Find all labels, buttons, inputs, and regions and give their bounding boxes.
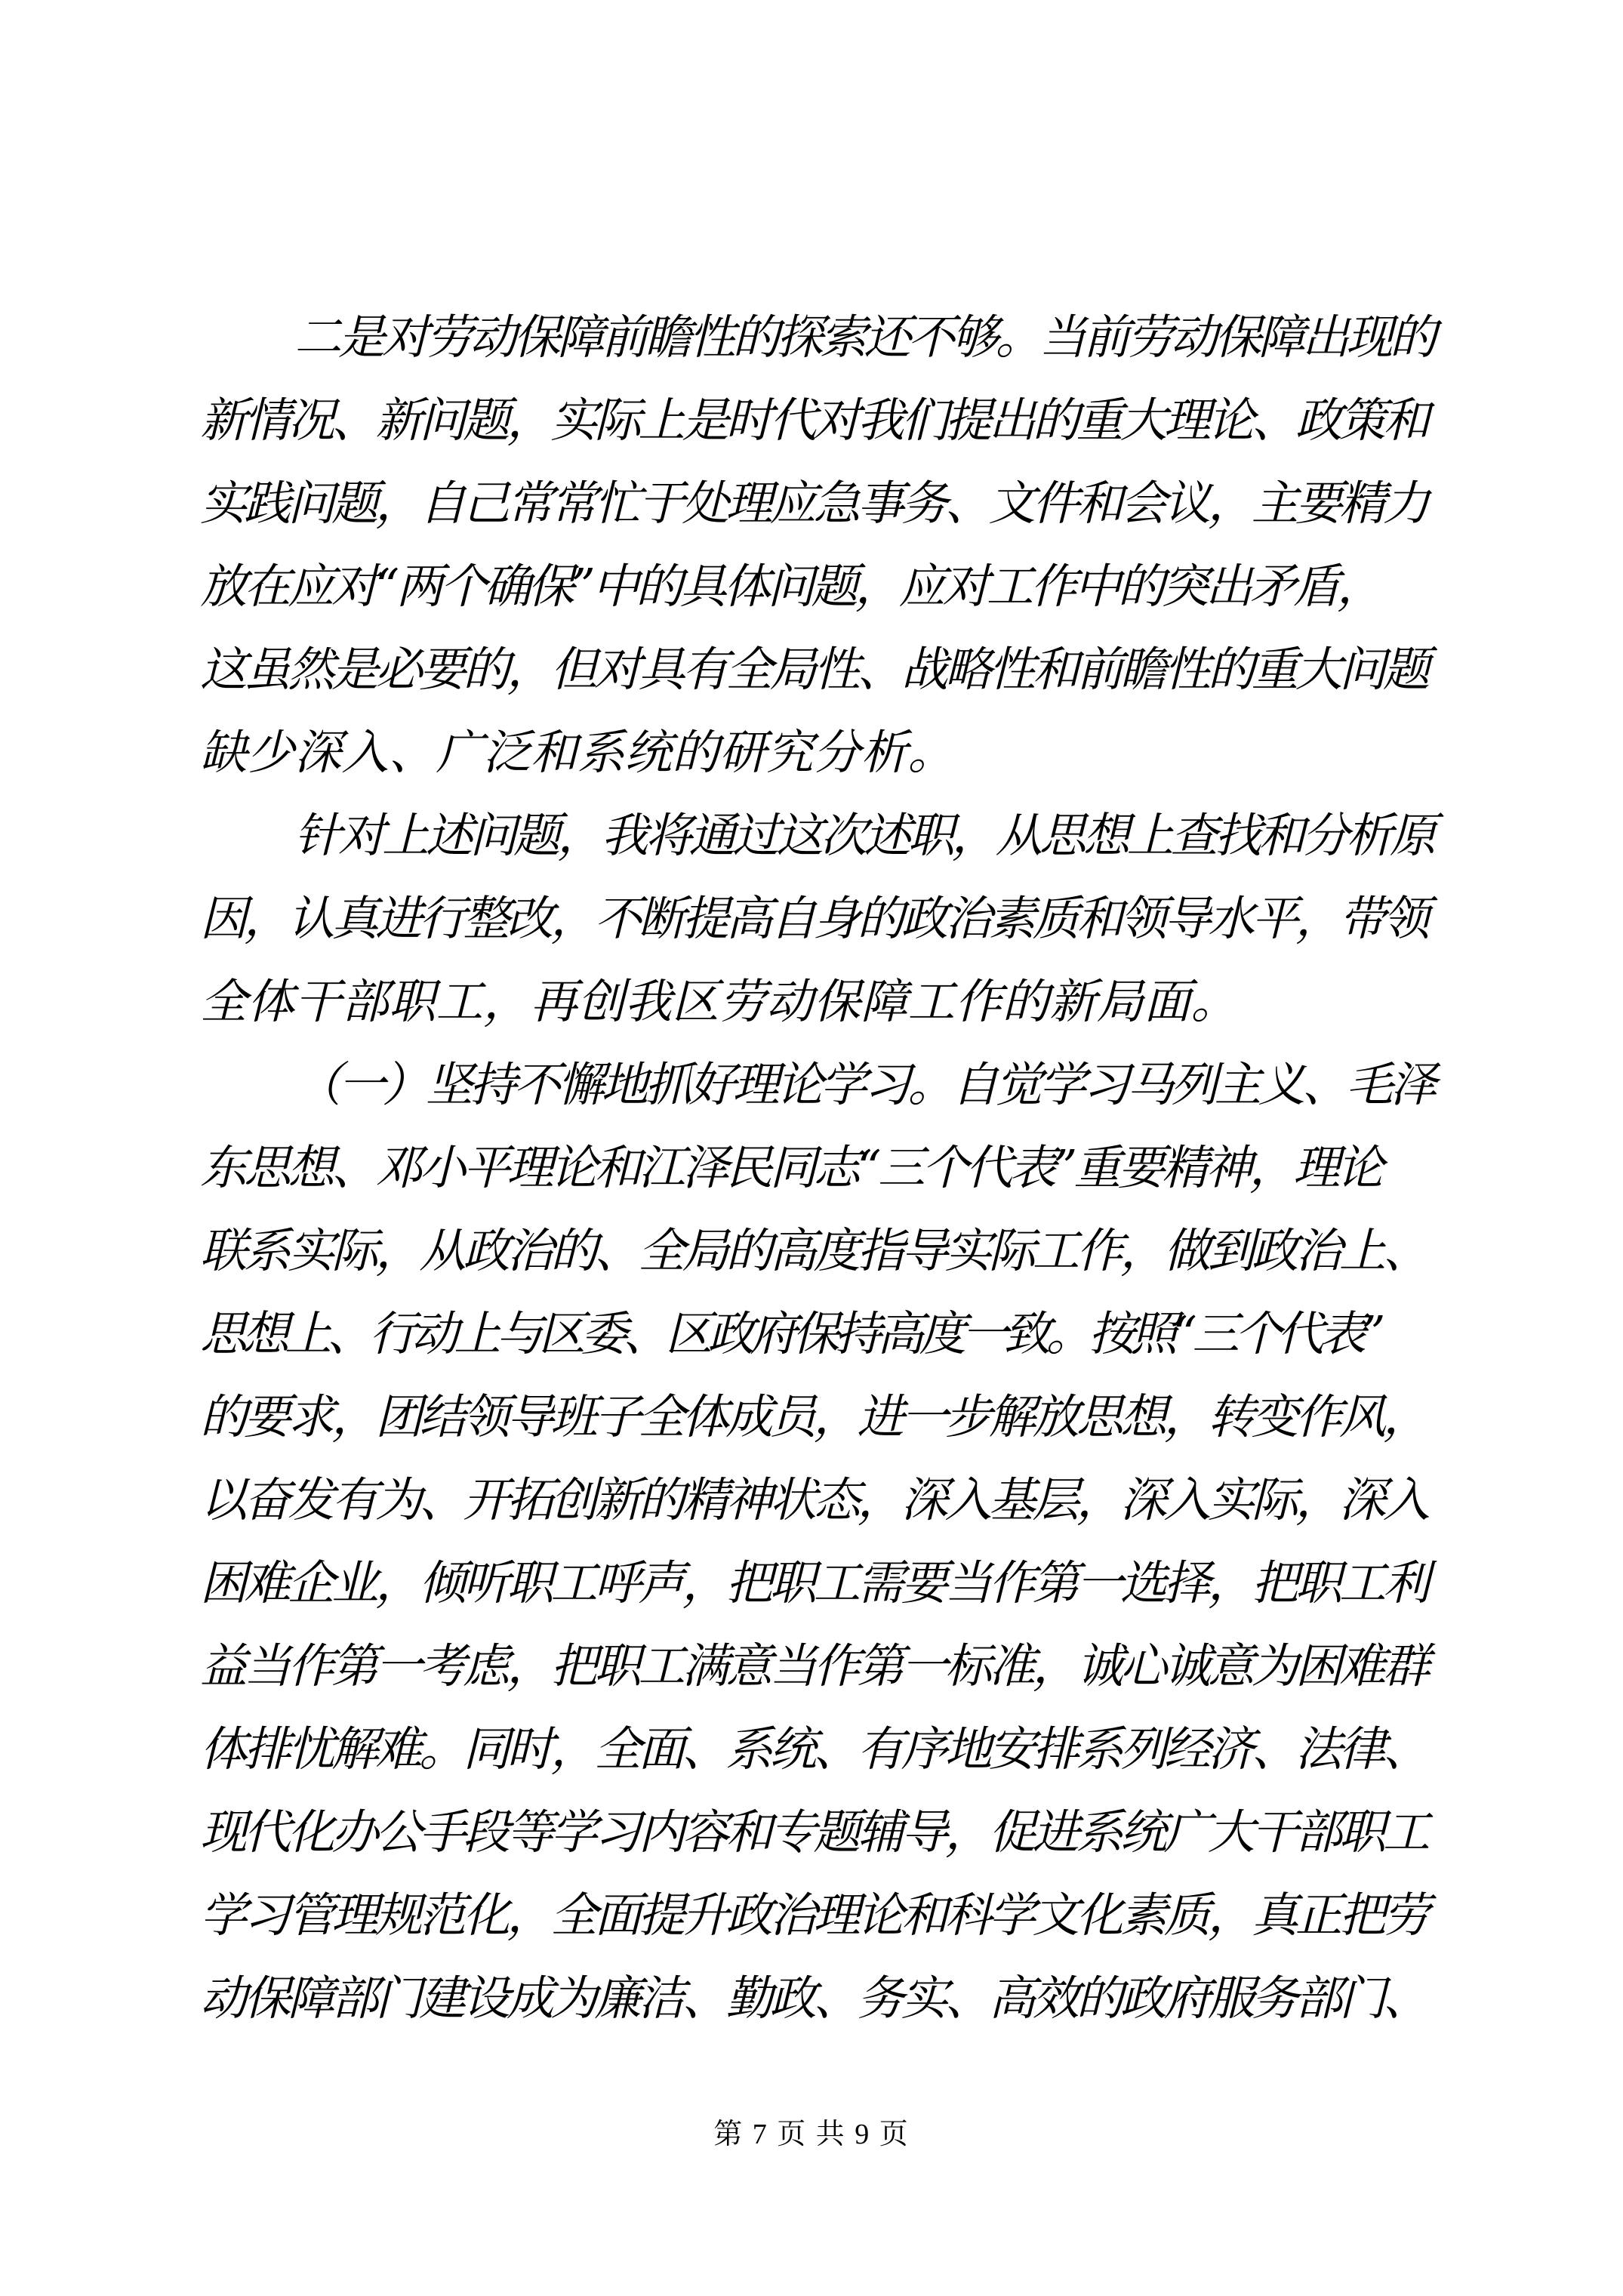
text-line: 困难企业，倾听职工呼声，把职工需要当作第一选择，把职工利 — [200, 1542, 1431, 1625]
text-line: 针对上述问题，我将通过这次述职，从思想上查找和分析原 — [200, 794, 1431, 877]
text-line: 东思想、邓小平理论和江泽民同志“三个代表”重要精神，理论 — [200, 1126, 1431, 1210]
text-line: 联系实际，从政治的、全局的高度指导实际工作，做到政治上、 — [200, 1210, 1431, 1293]
text-line: 现代化办公手段等学习内容和专题辅导，促进系统广大干部职工 — [200, 1791, 1431, 1874]
text-line: 学习管理规范化，全面提升政治理论和科学文化素质，真正把劳 — [200, 1874, 1431, 1957]
text-line: 缺少深入、广泛和系统的研究分析。 — [200, 711, 1431, 794]
text-line: 体排忧解难。同时，全面、系统、有序地安排系列经济、法律、 — [200, 1708, 1431, 1791]
text-line: 二是对劳动保障前瞻性的探索还不够。当前劳动保障出现的 — [200, 296, 1431, 379]
page-number-text: 第 7 页 共 9 页 — [713, 2119, 910, 2150]
page-footer: 第 7 页 共 9 页 — [0, 2110, 1623, 2152]
document-page: 二是对劳动保障前瞻性的探索还不够。当前劳动保障出现的新情况、新问题，实际上是时代… — [0, 0, 1623, 2296]
text-line: 放在应对“两个确保”中的具体问题，应对工作中的突出矛盾， — [200, 545, 1431, 628]
text-line: 思想上、行动上与区委、区政府保持高度一致。按照“三个代表” — [200, 1293, 1431, 1376]
text-line: 益当作第一考虑，把职工满意当作第一标准，诚心诚意为困难群 — [200, 1625, 1431, 1708]
text-line: 新情况、新问题，实际上是时代对我们提出的重大理论、政策和 — [200, 379, 1431, 462]
text-line: 以奋发有为、开拓创新的精神状态，深入基层，深入实际，深入 — [200, 1459, 1431, 1542]
text-line: 实践问题，自己常常忙于处理应急事务、文件和会议，主要精力 — [200, 462, 1431, 545]
text-line: 因，认真进行整改，不断提高自身的政治素质和领导水平，带领 — [200, 877, 1431, 960]
text-line: （一）坚持不懈地抓好理论学习。自觉学习马列主义、毛泽 — [200, 1043, 1431, 1126]
document-body: 二是对劳动保障前瞻性的探索还不够。当前劳动保障出现的新情况、新问题，实际上是时代… — [200, 296, 1431, 2040]
text-line: 全体干部职工，再创我区劳动保障工作的新局面。 — [200, 960, 1431, 1043]
text-line: 这虽然是必要的，但对具有全局性、战略性和前瞻性的重大问题 — [200, 628, 1431, 711]
text-line: 动保障部门建设成为廉洁、勤政、务实、高效的政府服务部门、 — [200, 1957, 1431, 2040]
text-line: 的要求，团结领导班子全体成员，进一步解放思想，转变作风， — [200, 1376, 1431, 1459]
